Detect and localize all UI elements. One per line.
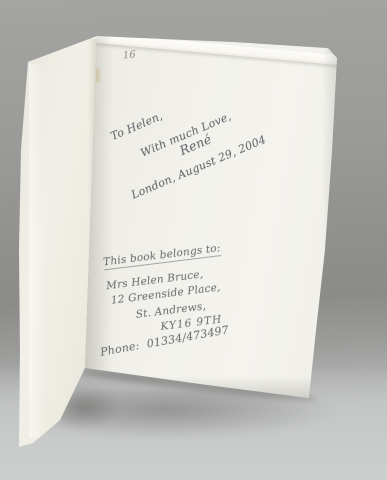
dedication-recipient: To Helen,: [109, 109, 165, 143]
photo-scene: 16 To Helen, With much Love, René London…: [0, 0, 387, 480]
ownership-heading: This book belongs to:: [103, 242, 222, 270]
pencil-price-mark: 16: [122, 49, 136, 61]
book-inside-page: 16 To Helen, With much Love, René London…: [85, 28, 340, 400]
page-right-edge-shade: [322, 28, 340, 400]
dedication-inscription: To Helen, With much Love, René London, A…: [92, 34, 325, 227]
cover-fold-highlight: [29, 64, 45, 438]
ownership-inscription: This book belongs to: Mrs Helen Bruce, 1…: [98, 229, 302, 376]
